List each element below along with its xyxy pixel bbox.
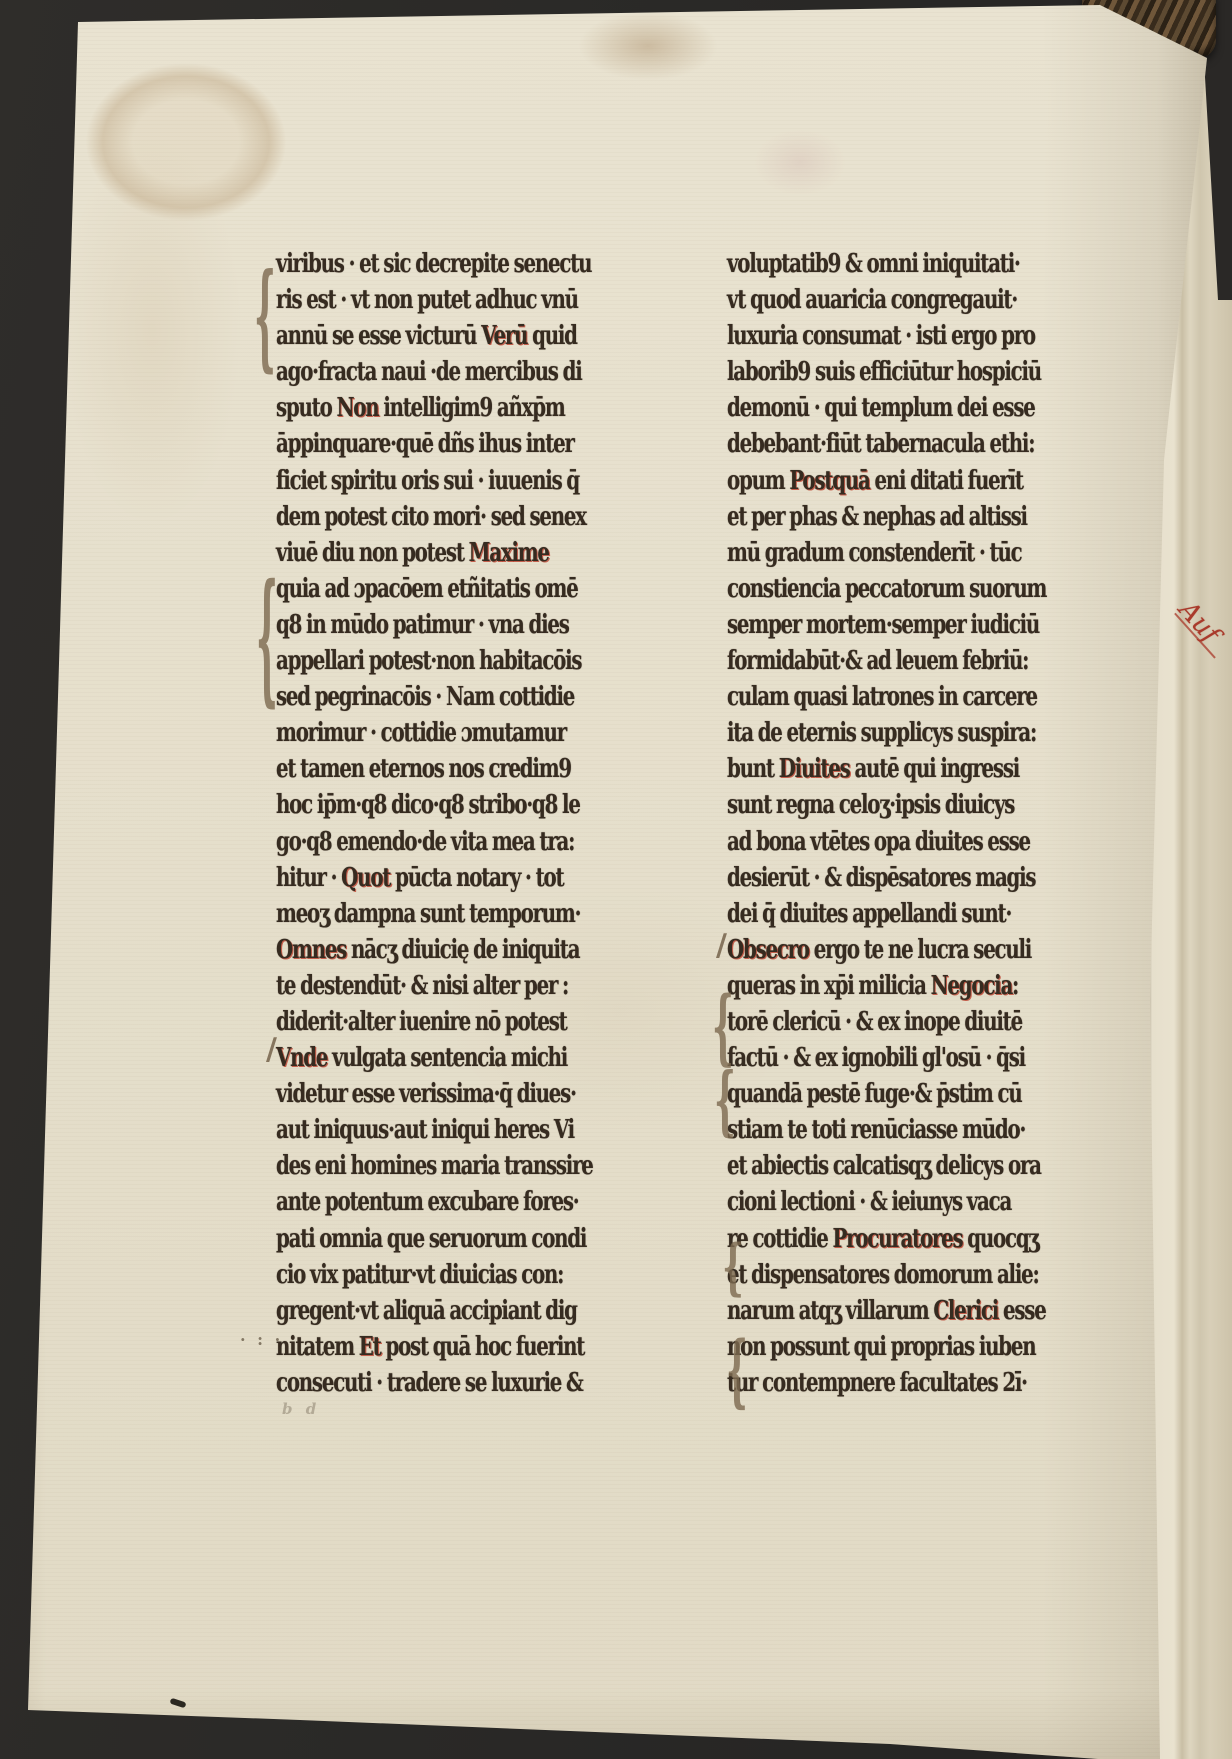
manuscript-photo: Auf viribus · et sic decrepite senecturi… [0, 0, 1232, 1759]
text-line: et dispensatores domorum alie: [727, 1257, 1046, 1293]
margin-brace: { [726, 1326, 748, 1418]
rubricated-word: Quot [341, 863, 390, 893]
text-line: Obsecro ergo te ne lucra seculi [727, 932, 1046, 968]
ink-dash [169, 1698, 186, 1709]
margin-slash: / [716, 928, 727, 963]
margin-brace: { [722, 1232, 744, 1304]
text-line: mū gradum constenderīt · tūc [727, 535, 1046, 571]
text-line: pati omnia que seruorum condi [276, 1221, 593, 1257]
text-line: gregent·vt aliquā accipiant dig [276, 1293, 593, 1329]
text-line: meoʒ dampna sunt temporum· [276, 896, 593, 932]
text-line: non possunt qui proprias iuben [727, 1329, 1046, 1365]
text-line: Omnes nācʒ diuicię de iniquita [276, 932, 593, 968]
text-line: quandā pestē fuge·& p̄stim cū [727, 1076, 1046, 1112]
text-line: et abiectis calcatisqʒ delicys ora [727, 1148, 1046, 1184]
text-line: ficiet spiritu oris sui · iuuenis q̄ [276, 463, 593, 499]
margin-brace: { [256, 556, 278, 724]
text-line: tur contempnere facultates 2ī· [727, 1365, 1046, 1401]
text-line: diderit·alter iuenire nō potest [276, 1004, 593, 1040]
text-line: morimur · cottidie ɔmutamur [276, 715, 593, 751]
rubricated-word: Maxime [469, 538, 549, 568]
text-line: queras in xp̄i milicia Negocia: [727, 968, 1046, 1004]
text-line: opum Postquā eni ditati fuerīt [727, 463, 1046, 499]
text-line: consecuti · tradere se luxurie & [276, 1365, 593, 1401]
text-line: demonū · qui templum dei esse [727, 390, 1046, 426]
text-line: ad bona vtētes opa diuites esse [727, 824, 1046, 860]
rubricated-word: Negocia [931, 971, 1012, 1001]
text-line: viuē diu non potest Maxime [276, 535, 593, 571]
text-line: āppinquare·quē dñs ihus inter [276, 426, 593, 462]
text-line: sed pegrinacōis · Nam cottidie [276, 679, 593, 715]
text-line: ago·fracta naui ·de mercibus di [276, 354, 593, 390]
text-line: annū se esse victurū Verū quid [276, 318, 593, 354]
text-line: ante potentum excubare fores· [276, 1184, 593, 1220]
text-line: Vnde vulgata sentencia michi [276, 1040, 593, 1076]
text-line: viribus · et sic decrepite senectu [276, 246, 593, 282]
text-line: semper mortem·semper iudiciū [727, 607, 1046, 643]
text-line: debebant·fiūt tabernacula ethi: [727, 426, 1046, 462]
rubricated-word: Omnes [276, 935, 346, 965]
text-line: voluptatib9 & omni iniquitati· [727, 246, 1046, 282]
text-line: bunt Diuites autē qui ingressi [727, 751, 1046, 787]
text-line: cioni lectioni · & ieiunys vaca [727, 1184, 1046, 1220]
text-line: te destendūt· & nisi alter per : [276, 968, 593, 1004]
manuscript-page: viribus · et sic decrepite senecturis es… [0, 0, 1232, 1759]
text-line: narum atqʒ villarum Clerici esse [727, 1293, 1046, 1329]
text-line: ris est · vt non putet adhuc vnū [276, 282, 593, 318]
text-line: vt quod auaricia congregauit· [727, 282, 1046, 318]
text-line: cio vix patitur·vt diuicias con: [276, 1257, 593, 1293]
text-line: quia ad ɔpacōem etñitatis omē [276, 571, 593, 607]
text-line: et per phas & nephas ad altissi [727, 499, 1046, 535]
text-line: formidabūt·& ad leuem febriū: [727, 643, 1046, 679]
rubricated-word: Postquā [789, 466, 869, 496]
text-line: sunt regna celoʒ·ipsis diuicys [727, 787, 1046, 823]
text-line: dei q̄ diuites appellandi sunt· [727, 896, 1046, 932]
text-line: factū · & ex ignobili gl'osū · q̄si [727, 1040, 1046, 1076]
text-line: go·q8 emendo·de vita mea tra: [276, 824, 593, 860]
margin-brace: { [714, 1058, 736, 1146]
rubricated-word: Vnde [276, 1043, 327, 1073]
text-line: aut iniquus·aut iniqui heres Vi [276, 1112, 593, 1148]
text-line: torē clericū · & ex inope diuitē [727, 1004, 1046, 1040]
rubricated-word: Clerici [933, 1296, 998, 1326]
margin-slash: / [266, 1032, 277, 1067]
text-line: culam quasi latrones in carcere [727, 679, 1046, 715]
text-line: appellari potest·non habitacōis [276, 643, 593, 679]
text-line: constiencia peccatorum suorum [727, 571, 1046, 607]
rubricated-word: Non [336, 393, 378, 423]
text-line: dem potest cito mori· sed senex [276, 499, 593, 535]
text-line: luxuria consumat · isti ergo pro [727, 318, 1046, 354]
rubricated-word: Verū [481, 321, 527, 351]
text-line: ita de eternis supplicys suspira: [727, 715, 1046, 751]
text-line: q8 in mūdo patimur · vna dies [276, 607, 593, 643]
text-line: desierūt · & dispēsatores magis [727, 860, 1046, 896]
text-line: hoc ip̄m·q8 dico·q8 stribo·q8 le [276, 787, 593, 823]
text-column-right: voluptatib9 & omni iniquitati·vt quod au… [727, 246, 1046, 1401]
text-line: nitatem Et post quā hoc fuerint [276, 1329, 593, 1365]
text-line: laborib9 suis efficiūtur hospiciū [727, 354, 1046, 390]
text-line: videtur esse verissima·q̄ diues· [276, 1076, 593, 1112]
rubricated-word: Obsecro [727, 935, 809, 965]
margin-brace: { [254, 250, 276, 386]
text-line: sputo Non intelligim9 añxp̄m [276, 390, 593, 426]
text-column-left: viribus · et sic decrepite senecturis es… [276, 246, 593, 1401]
margin-dots: · : · [240, 1330, 283, 1349]
rubricated-word: Procuratores [832, 1224, 962, 1254]
text-line: re cottidie Procuratores quocqʒ [727, 1221, 1046, 1257]
text-line: des eni homines maria transsire [276, 1148, 593, 1184]
pencil-mark: b d [282, 1400, 320, 1418]
rubricated-word: Et [359, 1332, 381, 1362]
rubricated-word: Diuites [779, 754, 850, 784]
text-line: hitur · Quot pūcta notary · tot [276, 860, 593, 896]
text-line: et tamen eternos nos credim9 [276, 751, 593, 787]
text-line: stiam te toti renūciasse mūdo· [727, 1112, 1046, 1148]
